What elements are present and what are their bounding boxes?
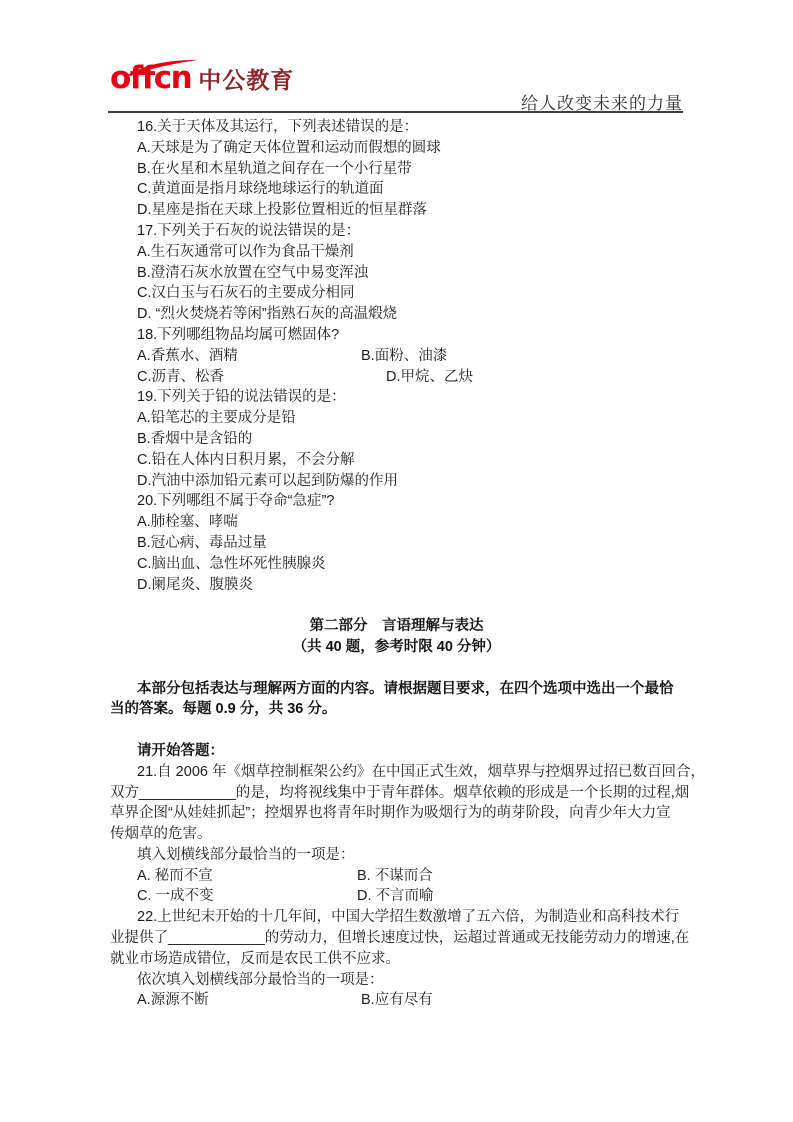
q21-text-line-4: 传烟草的危害。: [110, 824, 683, 845]
logo-swoosh-icon: [126, 59, 200, 77]
q18-option-d: D.甲烷、乙炔: [386, 367, 473, 388]
q20-stem: 20.下列哪组不属于夺命“急症”?: [110, 491, 683, 512]
q22-prompt: 依次填入划横线部分最恰当的一项是：: [110, 970, 683, 991]
q17-option-c: C.汉白玉与石灰石的主要成分相同: [110, 283, 683, 304]
q21-option-d: D. 不言而喻: [357, 886, 434, 907]
q21-options-row-1: A. 秘而不宣 B. 不谋而合: [110, 866, 683, 887]
section2-title: 第二部分 言语理解与表达: [110, 616, 683, 637]
q19-option-c: C.铅在人体内日积月累，不会分解: [110, 450, 683, 471]
q20-option-a: A.肺栓塞、哮喘: [110, 512, 683, 533]
q22-text-line-2: 业提供了____________的劳动力，但增长速度过快，运超过普通或无技能劳动…: [110, 928, 683, 949]
q21-text-line-2: 双方____________的是，均将视线集中于青年群体。烟草依赖的形成是一个长…: [110, 783, 683, 804]
logo-cn-text: 中公教育: [198, 62, 294, 95]
q19-option-a: A.铅笔芯的主要成分是铅: [110, 408, 683, 429]
document-body: 16.关于天体及其运行，下列表述错误的是： A.天球是为了确定天体位置和运动而假…: [110, 117, 683, 1011]
q19-option-b: B.香烟中是含铅的: [110, 429, 683, 450]
q21-option-c: C. 一成不变: [137, 888, 214, 904]
q18-options-row-2: C.沥青、松香 D.甲烷、乙炔: [110, 367, 683, 388]
blank-line: [110, 658, 683, 679]
section2-subtitle: （共 40 题，参考时限 40 分钟）: [110, 637, 683, 658]
q21-option-a: A. 秘而不宣: [137, 868, 213, 884]
section2-intro-line-2: 当的答案。每题 0.9 分，共 36 分。: [110, 699, 683, 720]
q21-text-line-3: 草界企图“从娃娃抓起”；控烟界也将青年时期作为吸烟行为的萌芽阶段，向青少年大力宣: [110, 803, 683, 824]
q22-options-row-1: A.源源不断 B.应有尽有: [110, 990, 683, 1011]
header-rule: [108, 111, 683, 113]
q19-option-d: D.汽油中添加铅元素可以起到防爆的作用: [110, 471, 683, 492]
q20-option-c: C.脑出血、急性坏死性胰腺炎: [110, 554, 683, 575]
q18-option-b: B.面粉、油漆: [361, 346, 447, 367]
q21-option-b: B. 不谋而合: [357, 866, 433, 887]
q16-stem: 16.关于天体及其运行，下列表述错误的是：: [110, 117, 683, 138]
q22-option-a: A.源源不断: [137, 992, 209, 1008]
q22-option-b: B.应有尽有: [361, 990, 433, 1011]
q21-prompt: 填入划横线部分最恰当的一项是：: [110, 845, 683, 866]
document-page: offcn 中公教育 给人改变未来的力量 16.关于天体及其运行，下列表述错误的…: [0, 0, 793, 1122]
section2-intro-line-1: 本部分包括表达与理解两方面的内容。请根据题目要求，在四个选项中选出一个最恰: [110, 679, 683, 700]
blank-line: [110, 595, 683, 616]
q20-option-b: B.冠心病、毒品过量: [110, 533, 683, 554]
q20-option-d: D.阑尾炎、腹膜炎: [110, 575, 683, 596]
q16-option-d: D.星座是指在天球上投影位置相近的恒星群落: [110, 200, 683, 221]
q21-text-line-1: 21.自 2006 年《烟草控制框架公约》在中国正式生效，烟草界与控烟界过招已数…: [110, 762, 683, 783]
begin-answering-label: 请开始答题：: [110, 741, 683, 762]
q17-option-d: D. “烈火焚烧若等闲”指熟石灰的高温煅烧: [110, 304, 683, 325]
q22-text-line-3: 就业市场造成错位，反而是农民工供不应求。: [110, 949, 683, 970]
q18-option-c: C.沥青、松香: [137, 369, 224, 385]
blank-line: [110, 720, 683, 741]
q17-stem: 17.下列关于石灰的说法错误的是：: [110, 221, 683, 242]
q18-option-a: A.香蕉水、酒精: [137, 348, 238, 364]
q18-options-row-1: A.香蕉水、酒精 B.面粉、油漆: [110, 346, 683, 367]
q17-option-b: B.澄清石灰水放置在空气中易变浑浊: [110, 263, 683, 284]
q18-stem: 18.下列哪组物品均属可燃固体?: [110, 325, 683, 346]
q16-option-a: A.天球是为了确定天体位置和运动而假想的圆球: [110, 138, 683, 159]
q19-stem: 19.下列关于铅的说法错误的是：: [110, 387, 683, 408]
q17-option-a: A.生石灰通常可以作为食品干燥剂: [110, 242, 683, 263]
offcn-logo: offcn 中公教育: [110, 58, 294, 102]
q16-option-c: C.黄道面是指月球绕地球运行的轨道面: [110, 179, 683, 200]
q16-option-b: B.在火星和木星轨道之间存在一个小行星带: [110, 159, 683, 180]
q21-options-row-2: C. 一成不变 D. 不言而喻: [110, 886, 683, 907]
q22-text-line-1: 22.上世纪末开始的十几年间，中国大学招生数激增了五六倍，为制造业和高科技术行: [110, 907, 683, 928]
